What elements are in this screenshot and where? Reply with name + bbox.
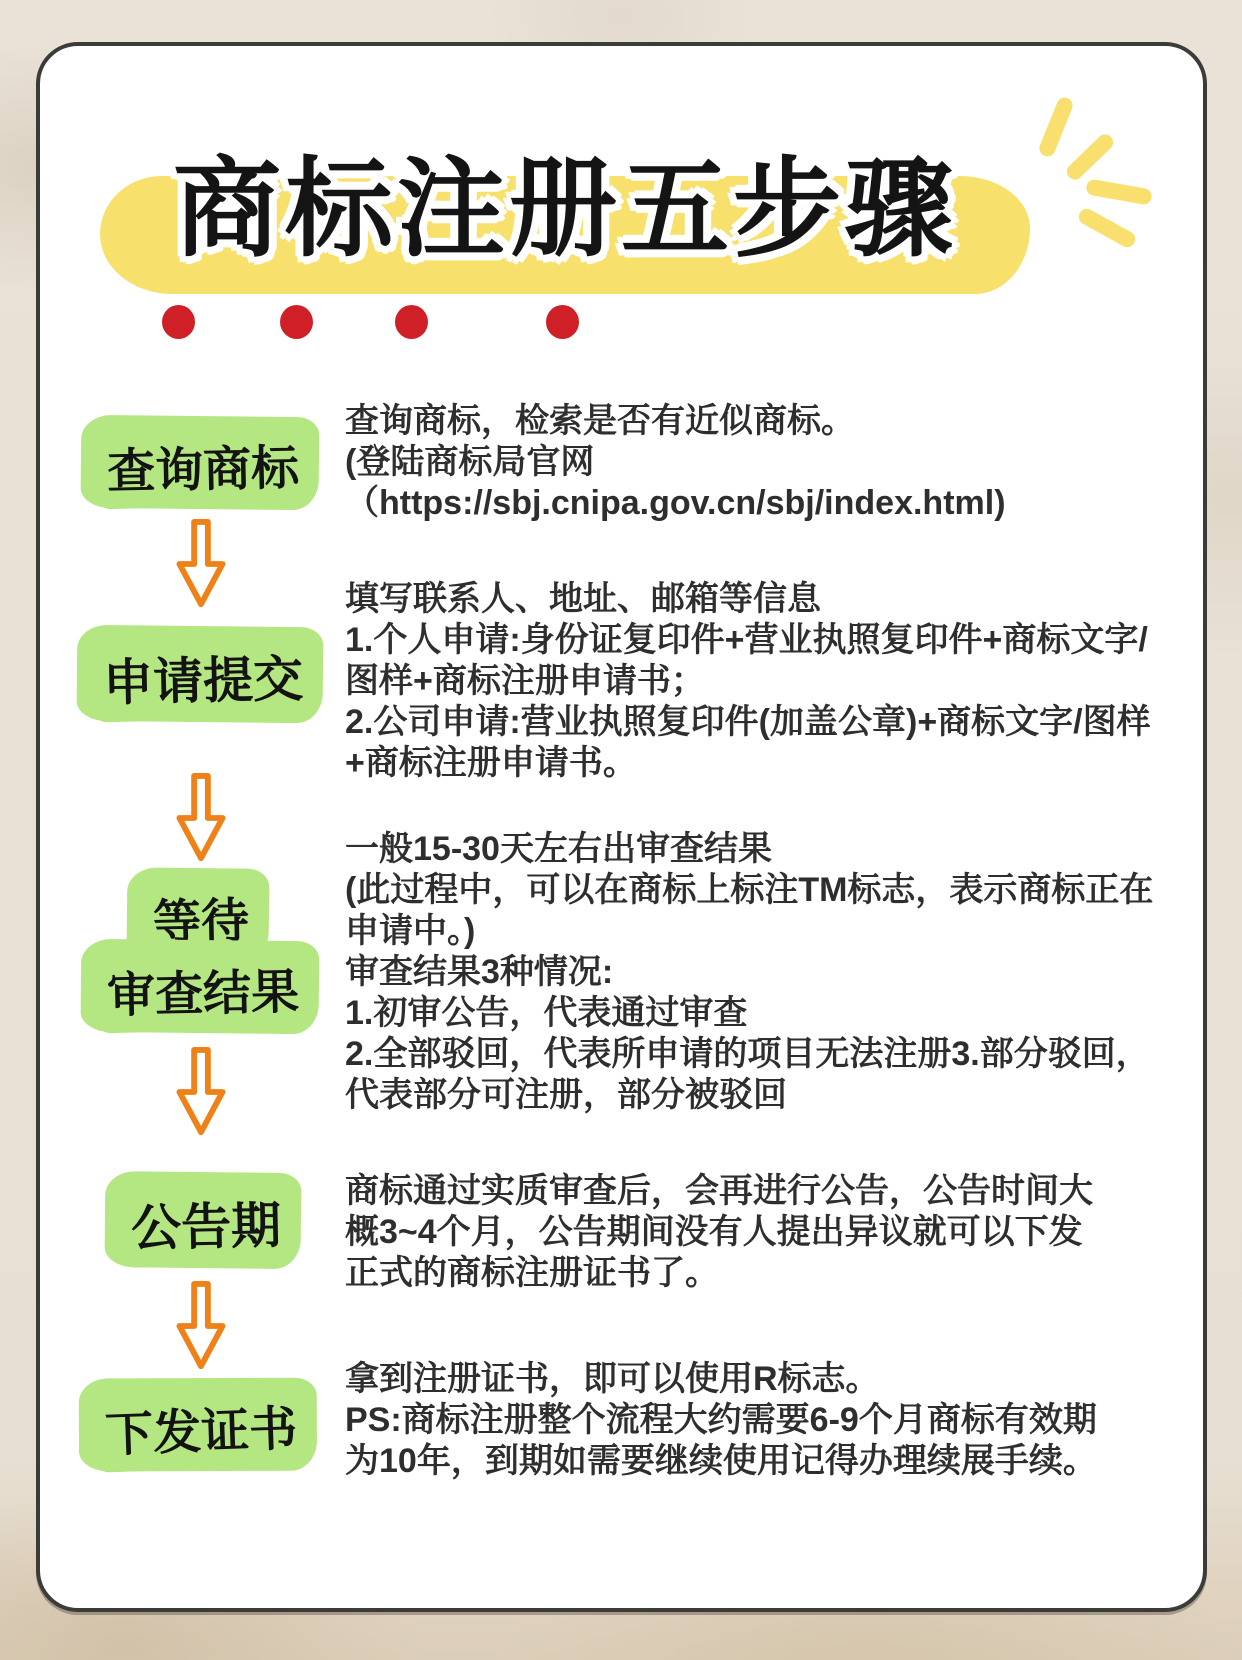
desc-line: 拿到注册证书，即可以使用R标志。	[345, 1359, 1155, 1400]
down-arrow-icon	[174, 772, 228, 864]
desc-line: 2.全部驳回，代表所申请的项目无法注册3.部分驳回，	[345, 1034, 1155, 1075]
accent-dot	[546, 305, 579, 339]
desc-line: 填写联系人、地址、邮箱等信息	[345, 579, 1155, 620]
step-description-announcement-period: 商标通过实质审查后，会再进行公告，公告时间大 概3~4个月，公告期间没有人提出异…	[345, 1171, 1155, 1294]
desc-line: 代表部分可注册，部分被驳回	[345, 1075, 1155, 1116]
step-description-query-trademark: 查询商标，检索是否有近似商标。 (登陆商标局官网 （https://sbj.cn…	[345, 401, 1155, 524]
step-label-issue-certificate: 下发证书	[87, 1382, 316, 1473]
step-description-submit-application: 填写联系人、地址、邮箱等信息 1.个人申请:身份证复印件+营业执照复印件+商标文…	[345, 579, 1155, 784]
down-arrow-icon	[174, 1046, 228, 1138]
desc-line: +商标注册申请书。	[345, 743, 1155, 784]
desc-line: (登陆商标局官网	[345, 442, 1155, 483]
desc-line: (此过程中，可以在商标上标注TM标志，表示商标正在	[345, 870, 1155, 911]
desc-line: 图样+商标注册申请书；	[345, 661, 1155, 702]
desc-line: 为10年，到期如需要继续使用记得办理续展手续。	[345, 1441, 1155, 1482]
desc-line: 1.初审公告，代表通过审查	[345, 993, 1155, 1034]
step-label-query-trademark: 查询商标	[89, 422, 317, 510]
step-label-submit-application: 申请提交	[85, 632, 321, 723]
desc-line: 商标通过实质审查后，会再进行公告，公告时间大	[345, 1171, 1155, 1212]
desc-line: 查询商标，检索是否有近似商标。	[345, 401, 1155, 442]
desc-line: 概3~4个月，公告期间没有人提出异议就可以下发	[345, 1212, 1155, 1253]
step-description-review-result: 一般15-30天左右出审查结果 (此过程中，可以在商标上标注TM标志，表示商标正…	[345, 829, 1155, 1116]
desc-line: 1.个人申请:身份证复印件+营业执照复印件+商标文字/	[345, 620, 1155, 661]
page-title: 商标注册五步骤	[90, 122, 1040, 277]
accent-dot	[162, 305, 195, 339]
accent-dot	[395, 305, 428, 339]
down-arrow-icon	[174, 518, 228, 610]
desc-line: PS:商标注册整个流程大约需要6-9个月商标有效期	[345, 1400, 1155, 1441]
step-description-issue-certificate: 拿到注册证书，即可以使用R标志。 PS:商标注册整个流程大约需要6-9个月商标有…	[345, 1359, 1155, 1482]
desc-line: 2.公司申请:营业执照复印件(加盖公章)+商标文字/图样	[345, 702, 1155, 743]
desc-line: 一般15-30天左右出审查结果	[345, 829, 1155, 870]
desc-line: （https://sbj.cnipa.gov.cn/sbj/index.html…	[345, 483, 1155, 524]
step-label-review-result: 审查结果	[89, 946, 317, 1034]
desc-line: 申请中。)	[345, 911, 1155, 952]
desc-line: 审查结果3种情况:	[345, 952, 1155, 993]
down-arrow-icon	[174, 1280, 228, 1372]
desc-line: 正式的商标注册证书了。	[345, 1253, 1155, 1294]
accent-dot	[280, 305, 313, 339]
step-label-announcement-period: 公告期	[113, 1178, 299, 1268]
